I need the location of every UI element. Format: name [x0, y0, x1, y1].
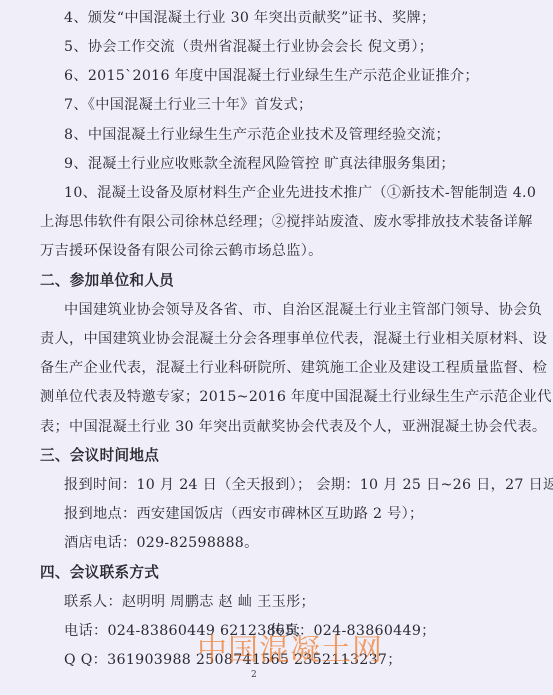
agenda-item-9: 9、混凝土行业应收账款全流程风险管控 旷真法律服务集团；	[64, 154, 455, 174]
hotel-phone: 酒店电话：029-82598888。	[64, 533, 259, 553]
watermark-logo-text: 中国混凝土网	[197, 633, 383, 669]
participants-line-2: 责人，中国建筑业协会混凝土分会各理事单位代表，混凝土行业相关原材料、设	[40, 329, 547, 349]
agenda-item-7: 7、《中国混凝土行业三十年》首发式；	[64, 95, 313, 115]
agenda-item-10-line-3: 万吉援环保设备有限公司徐云鹤市场总监）。	[40, 241, 323, 261]
registration-place: 报到地点：西安建国饭店（西安市碑林区互助路 2 号）；	[64, 504, 424, 524]
participants-line-3: 备生产企业代表，混凝土行业科研院所、建筑施工企业及建设工程质量监督、检	[40, 358, 547, 378]
agenda-item-10-line-2: 上海思伟软件有限公司徐林总经理；②搅拌站废渣、废水零排放技术装备详解	[40, 212, 533, 232]
agenda-item-10-line-1: 10、混凝土设备及原材料生产企业先进技术推广（①新技术-智能制造 4.0	[64, 183, 536, 203]
registration-time: 报到时间：10 月 24 日（全天报到）； 会期：10 月 25 日~26 日，…	[64, 475, 553, 495]
section-heading-participants: 二、参加单位和人员	[40, 271, 174, 291]
agenda-item-4: 4、颁发“中国混凝土行业 30 年突出贡献奖”证书、奖牌；	[64, 8, 435, 28]
section-heading-contact: 四、会议联系方式	[40, 563, 159, 583]
page-number: 2	[251, 670, 257, 680]
section-heading-time-place: 三、会议时间地点	[40, 446, 159, 466]
agenda-item-8: 8、中国混凝土行业绿生生产示范企业技术及管理经验交流；	[64, 125, 450, 145]
agenda-item-6: 6、2015`2016 年度中国混凝土行业绿生生产示范企业证推介；	[64, 66, 479, 86]
participants-line-4: 测单位代表及特邀专家；2015~2016 年度中国混凝土行业绿生生产示范企业代	[40, 387, 552, 407]
document-page: 4、颁发“中国混凝土行业 30 年突出贡献奖”证书、奖牌； 5、协会工作交流（贵…	[0, 0, 553, 695]
participants-line-1: 中国建筑业协会领导及各省、市、自治区混凝土行业主管部门领导、协会负	[64, 300, 542, 320]
contact-persons: 联系人：赵明明 周鹏志 赵 屾 王玉彤；	[64, 592, 315, 612]
agenda-item-5: 5、协会工作交流（贵州省混凝土行业协会会长 倪文勇）；	[64, 37, 433, 57]
participants-line-5: 表；中国混凝土行业 30 年突出贡献奖协会代表及个人，亚洲混凝土协会代表。	[40, 417, 546, 437]
